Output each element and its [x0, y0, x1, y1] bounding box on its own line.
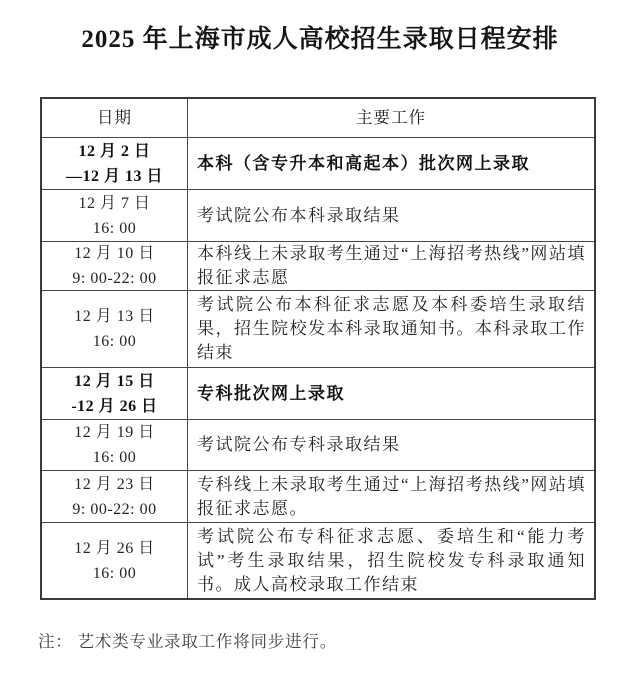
date-cell: 12 月 10 日 9: 00-22: 00: [42, 241, 188, 290]
column-header-work-label: 主要工作: [188, 106, 594, 130]
page-title: 2025 年上海市成人高校招生录取日程安排: [0, 19, 640, 55]
date-cell: 12 月 2 日 —12 月 13 日: [42, 137, 188, 189]
work-text: 专科线上未录取考生通过“上海招考热线”网站填报征求志愿。: [197, 473, 586, 521]
work-cell: 专科线上未录取考生通过“上海招考热线”网站填报征求志愿。: [188, 470, 594, 522]
work-cell: 考试院公布专科录取结果: [188, 419, 594, 470]
work-text: 考试院公布本科录取结果: [197, 204, 586, 228]
schedule-table: 日期 主要工作 12 月 2 日 —12 月 13 日 本科（含专升本和高起本）…: [40, 97, 596, 600]
work-cell: 本科线上未录取考生通过“上海招考热线”网站填报征求志愿: [188, 241, 594, 290]
date-cell: 12 月 15 日 -12 月 26 日: [42, 367, 188, 419]
work-cell: 考试院公布本科录取结果: [188, 189, 594, 241]
work-text: 考试院公布专科录取结果: [197, 433, 586, 457]
date-cell: 12 月 23 日 9: 00-22: 00: [42, 470, 188, 522]
date-cell: 12 月 13 日 16: 00: [42, 290, 188, 367]
date-cell: 12 月 7 日 16: 00: [42, 189, 188, 241]
work-cell: 本科（含专升本和高起本）批次网上录取: [188, 137, 594, 189]
work-text: 考试院公布本科征求志愿及本科委培生录取结果，招生院校发本科录取通知书。本科录取工…: [197, 293, 586, 365]
work-text: 专科批次网上录取: [197, 382, 586, 406]
work-text: 本科线上未录取考生通过“上海招考热线”网站填报征求志愿: [197, 242, 586, 290]
column-header-work: 主要工作: [188, 99, 594, 137]
work-text: 本科（含专升本和高起本）批次网上录取: [197, 152, 586, 176]
work-text: 考试院公布专科征求志愿、委培生和“能力考试”考生录取结果，招生院校发专科录取通知…: [197, 525, 586, 597]
work-cell: 考试院公布本科征求志愿及本科委培生录取结果，招生院校发本科录取通知书。本科录取工…: [188, 290, 594, 367]
date-cell: 12 月 26 日 16: 00: [42, 522, 188, 598]
date-cell: 12 月 19 日 16: 00: [42, 419, 188, 470]
column-header-date: 日期: [42, 99, 188, 137]
footnote: 注： 艺术类专业录取工作将同步进行。: [38, 628, 337, 652]
work-cell: 专科批次网上录取: [188, 367, 594, 419]
work-cell: 考试院公布专科征求志愿、委培生和“能力考试”考生录取结果，招生院校发专科录取通知…: [188, 522, 594, 598]
